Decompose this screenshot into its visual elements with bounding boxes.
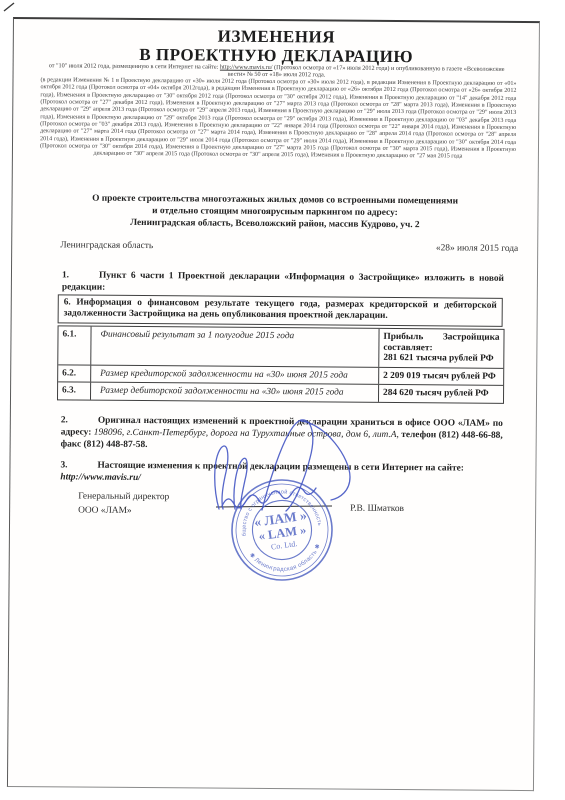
revision-history-block: (в редакции Изменения № 1 в Проектную де… (40, 77, 517, 162)
row-number-cell: 6.1. (58, 326, 91, 364)
paragraph-1: 1.Пункт 6 части 1 Проектной декларации «… (62, 269, 504, 296)
row-description-cell: Размер дебиторской задолженности на «30»… (91, 383, 379, 402)
paragraph-1-text: Пункт 6 части 1 Проектной декларации «Ин… (62, 271, 504, 293)
date-label: «28» июля 2015 года (436, 243, 518, 254)
signer-name: Р.В. Шматков (350, 504, 404, 514)
table-header-box: 6. Информация о финансовом результате те… (58, 294, 503, 326)
paragraph-3: 3.Настоящие изменения к проектной деклар… (60, 459, 502, 486)
paragraph-2-number: 2. (61, 414, 98, 426)
place-date-row: Ленинградская область «28» июля 2015 год… (60, 240, 518, 254)
row-description-cell: Размер кредиторской задолженности на «30… (91, 365, 379, 384)
scanned-page: ИЗМЕНЕНИЯ В ПРОЕКТНУЮ ДЕКЛАРАЦИЮ от "10"… (7, 17, 540, 791)
row-value-cell: Прибыль Застройщика составляет: 281 621 … (379, 329, 503, 368)
row-number-cell: 6.2. (58, 365, 91, 382)
paragraph-3-number: 3. (60, 459, 97, 471)
table-row: 6.1. Финансовый результат за 1 полугодие… (58, 326, 503, 368)
subtitle-url: http://www.mavis.ru/ (220, 64, 273, 71)
signer-role-line2: ООО «ЛАМ» (78, 504, 169, 519)
project-heading-line3: Ленинградская область, Всеволожский райо… (52, 217, 497, 232)
row-value-cell: 2 209 019 тысяч рублей РФ (379, 368, 503, 386)
row-value-cell: 284 620 тысяч рублей РФ (379, 385, 503, 403)
row-description-cell: Финансовый результат за 1 полугодие 2015… (91, 327, 379, 367)
signer-role-line1: Генеральный директор (78, 490, 169, 505)
scan-artifact (4, 3, 14, 11)
row-value-line1: Прибыль Застройщика (383, 332, 499, 344)
subtitle-text-pre: от "10" июля 2012 года, размещенную в се… (49, 62, 220, 70)
document-title: ИЗМЕНЕНИЯ В ПРОЕКТНУЮ ДЕКЛАРАЦИЮ (14, 25, 539, 67)
region-label: Ленинградская область (60, 240, 153, 251)
signer-role: Генеральный директор ООО «ЛАМ» (78, 490, 169, 519)
table-row: 6.3. Размер дебиторской задолженности на… (58, 383, 503, 403)
paragraph-1-number: 1. (62, 269, 99, 281)
financial-table: 6.1. Финансовый результат за 1 полугодие… (57, 325, 505, 403)
paragraph-2-address: 198096, г.Санкт-Петербург, дорога на Тур… (94, 428, 402, 440)
paragraph-3-text: Настоящие изменения к проектной декларац… (97, 461, 464, 474)
paragraph-2: 2.Оригинал настоящих изменений к проектн… (61, 414, 503, 453)
declaration-url: http://www.mavis.ru/ (60, 471, 502, 486)
row-number-cell: 6.3. (58, 383, 91, 400)
project-heading: О проекте строительства многоэтажных жил… (52, 193, 497, 232)
row-value-line3: 281 621 тысяча рублей РФ (383, 353, 499, 365)
